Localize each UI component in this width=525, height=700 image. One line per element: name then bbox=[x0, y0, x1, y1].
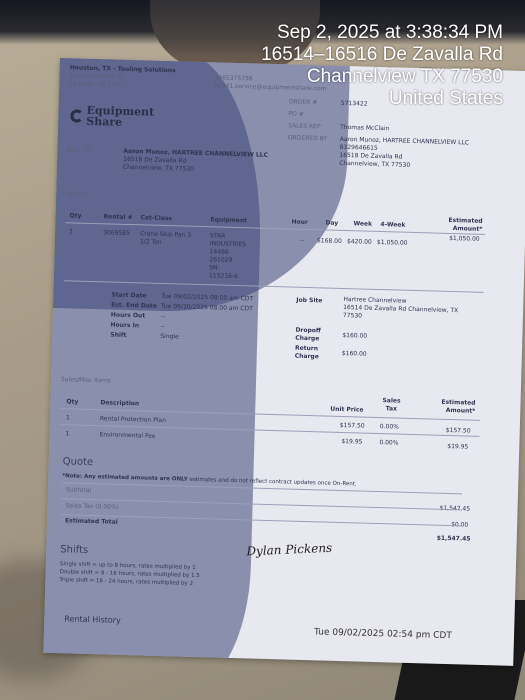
col-equipment: Equipment bbox=[210, 216, 247, 225]
shift-label: Shift bbox=[110, 332, 126, 340]
start-date-label: Start Date bbox=[111, 292, 146, 301]
misc-col-description: Description bbox=[100, 399, 139, 408]
sales-rep-value: Thomas McClain bbox=[340, 124, 389, 133]
equipmentshare-logo: Equipment Share bbox=[70, 104, 154, 128]
estimated-total-label: Estimated Total bbox=[65, 517, 118, 526]
order-label: ORDER # bbox=[289, 98, 318, 107]
printed-timestamp: Tue 09/02/2025 02:54 pm CDT bbox=[314, 627, 452, 642]
return-label-2: Charge bbox=[295, 353, 319, 362]
sales-rep-label: SALES REP bbox=[288, 122, 321, 131]
rental-quote-document: Houston, TX - Tooling Solutions 2404 Awe… bbox=[43, 58, 525, 666]
col-cat-class: Cat-Class bbox=[140, 214, 172, 223]
misc-row1-unit-price: $157.50 bbox=[340, 422, 365, 431]
sales-tax-label: Sales Tax (0.00%) bbox=[65, 502, 119, 511]
rental-hour-rate: -- bbox=[300, 237, 305, 245]
rental-number: 3069585 bbox=[103, 229, 130, 238]
misc-row1-qty: 1 bbox=[66, 414, 70, 422]
hours-in-label: Hours In bbox=[110, 322, 139, 331]
col-week: Week bbox=[353, 220, 372, 229]
misc-row2-qty: 1 bbox=[65, 430, 69, 438]
logo-gear-icon bbox=[70, 109, 83, 122]
col-day: Day bbox=[325, 219, 338, 227]
job-site-line3: 77530 bbox=[343, 312, 362, 321]
col-est-amount: Estimated Amount* bbox=[440, 217, 482, 234]
equipment-line5: SN: bbox=[209, 264, 220, 272]
signature: Dylan Pickens bbox=[246, 541, 332, 559]
order-value: 5713422 bbox=[341, 100, 368, 109]
shifts-title: Shifts bbox=[60, 544, 88, 557]
dropoff-value: $160.00 bbox=[342, 332, 367, 341]
rental-qty: 1 bbox=[69, 228, 73, 236]
quote-title: Quote bbox=[63, 456, 94, 469]
shift-value: Single bbox=[160, 333, 179, 342]
misc-row2-unit-price: $19.95 bbox=[341, 438, 362, 447]
col-rental-no: Rental # bbox=[103, 213, 132, 222]
misc-row2-description: Environmental Fee bbox=[99, 431, 155, 441]
equipment-line6: 115216-6 bbox=[209, 272, 238, 281]
job-site-label: Job Site bbox=[296, 297, 322, 306]
subtotal-label: Subtotal bbox=[66, 486, 91, 495]
sales-misc-section-label: Sales/Misc Items bbox=[61, 376, 111, 385]
rental-4week-rate: $1,050.00 bbox=[377, 239, 408, 248]
branch-address2: La Porte, TX 77571 bbox=[69, 80, 126, 90]
rental-week-rate: $420.00 bbox=[347, 238, 372, 247]
photo-timestamp: Sep 2, 2025 at 3:38:34 PM bbox=[277, 22, 503, 43]
rental-amount: $1,050.00 bbox=[449, 235, 480, 244]
col-hour: Hour bbox=[291, 219, 308, 227]
photo-location-street: 16514–16516 De Zavalla Rd bbox=[261, 44, 503, 65]
estimated-total-value: $1,547.45 bbox=[437, 535, 471, 544]
photo-location-country: United States bbox=[389, 88, 503, 109]
photo-location-city: Channelview TX 77530 bbox=[307, 66, 503, 87]
bill-to-label: BILL TO bbox=[67, 146, 90, 155]
dropoff-label-2: Charge bbox=[295, 335, 319, 344]
misc-col-sales-tax: Sales Tax bbox=[380, 397, 402, 414]
misc-col-qty: Qty bbox=[66, 398, 78, 406]
misc-row1-tax: 0.00% bbox=[380, 423, 399, 432]
hours-in-value: -- bbox=[160, 323, 165, 331]
col-4week: 4-Week bbox=[380, 221, 405, 230]
rentals-section-label: Rentals bbox=[66, 190, 88, 199]
misc-row2-amount: $19.95 bbox=[447, 443, 468, 452]
shadow-overlay-top bbox=[43, 58, 350, 316]
rental-cat-class: Crane Skip Pan 3 1/2 Ton bbox=[140, 230, 202, 248]
rental-day-rate: $168.00 bbox=[317, 237, 342, 246]
ordered-by-line4: Channelview, TX 77530 bbox=[339, 160, 410, 170]
ordered-by-label: ORDERED BY bbox=[288, 134, 327, 143]
misc-col-unit-price: Unit Price bbox=[330, 406, 363, 415]
end-date-label: Est. End Date bbox=[111, 302, 157, 311]
hours-out-value: -- bbox=[161, 313, 166, 321]
rental-history-label: Rental History bbox=[64, 614, 121, 626]
misc-row2-tax: 0.00% bbox=[379, 439, 398, 448]
return-value: $160.00 bbox=[342, 350, 367, 359]
hours-out-label: Hours Out bbox=[111, 312, 145, 321]
misc-col-est-amount: Estimated Amount* bbox=[430, 398, 475, 415]
po-label: PO # bbox=[288, 110, 303, 118]
col-qty: Qty bbox=[69, 212, 81, 220]
